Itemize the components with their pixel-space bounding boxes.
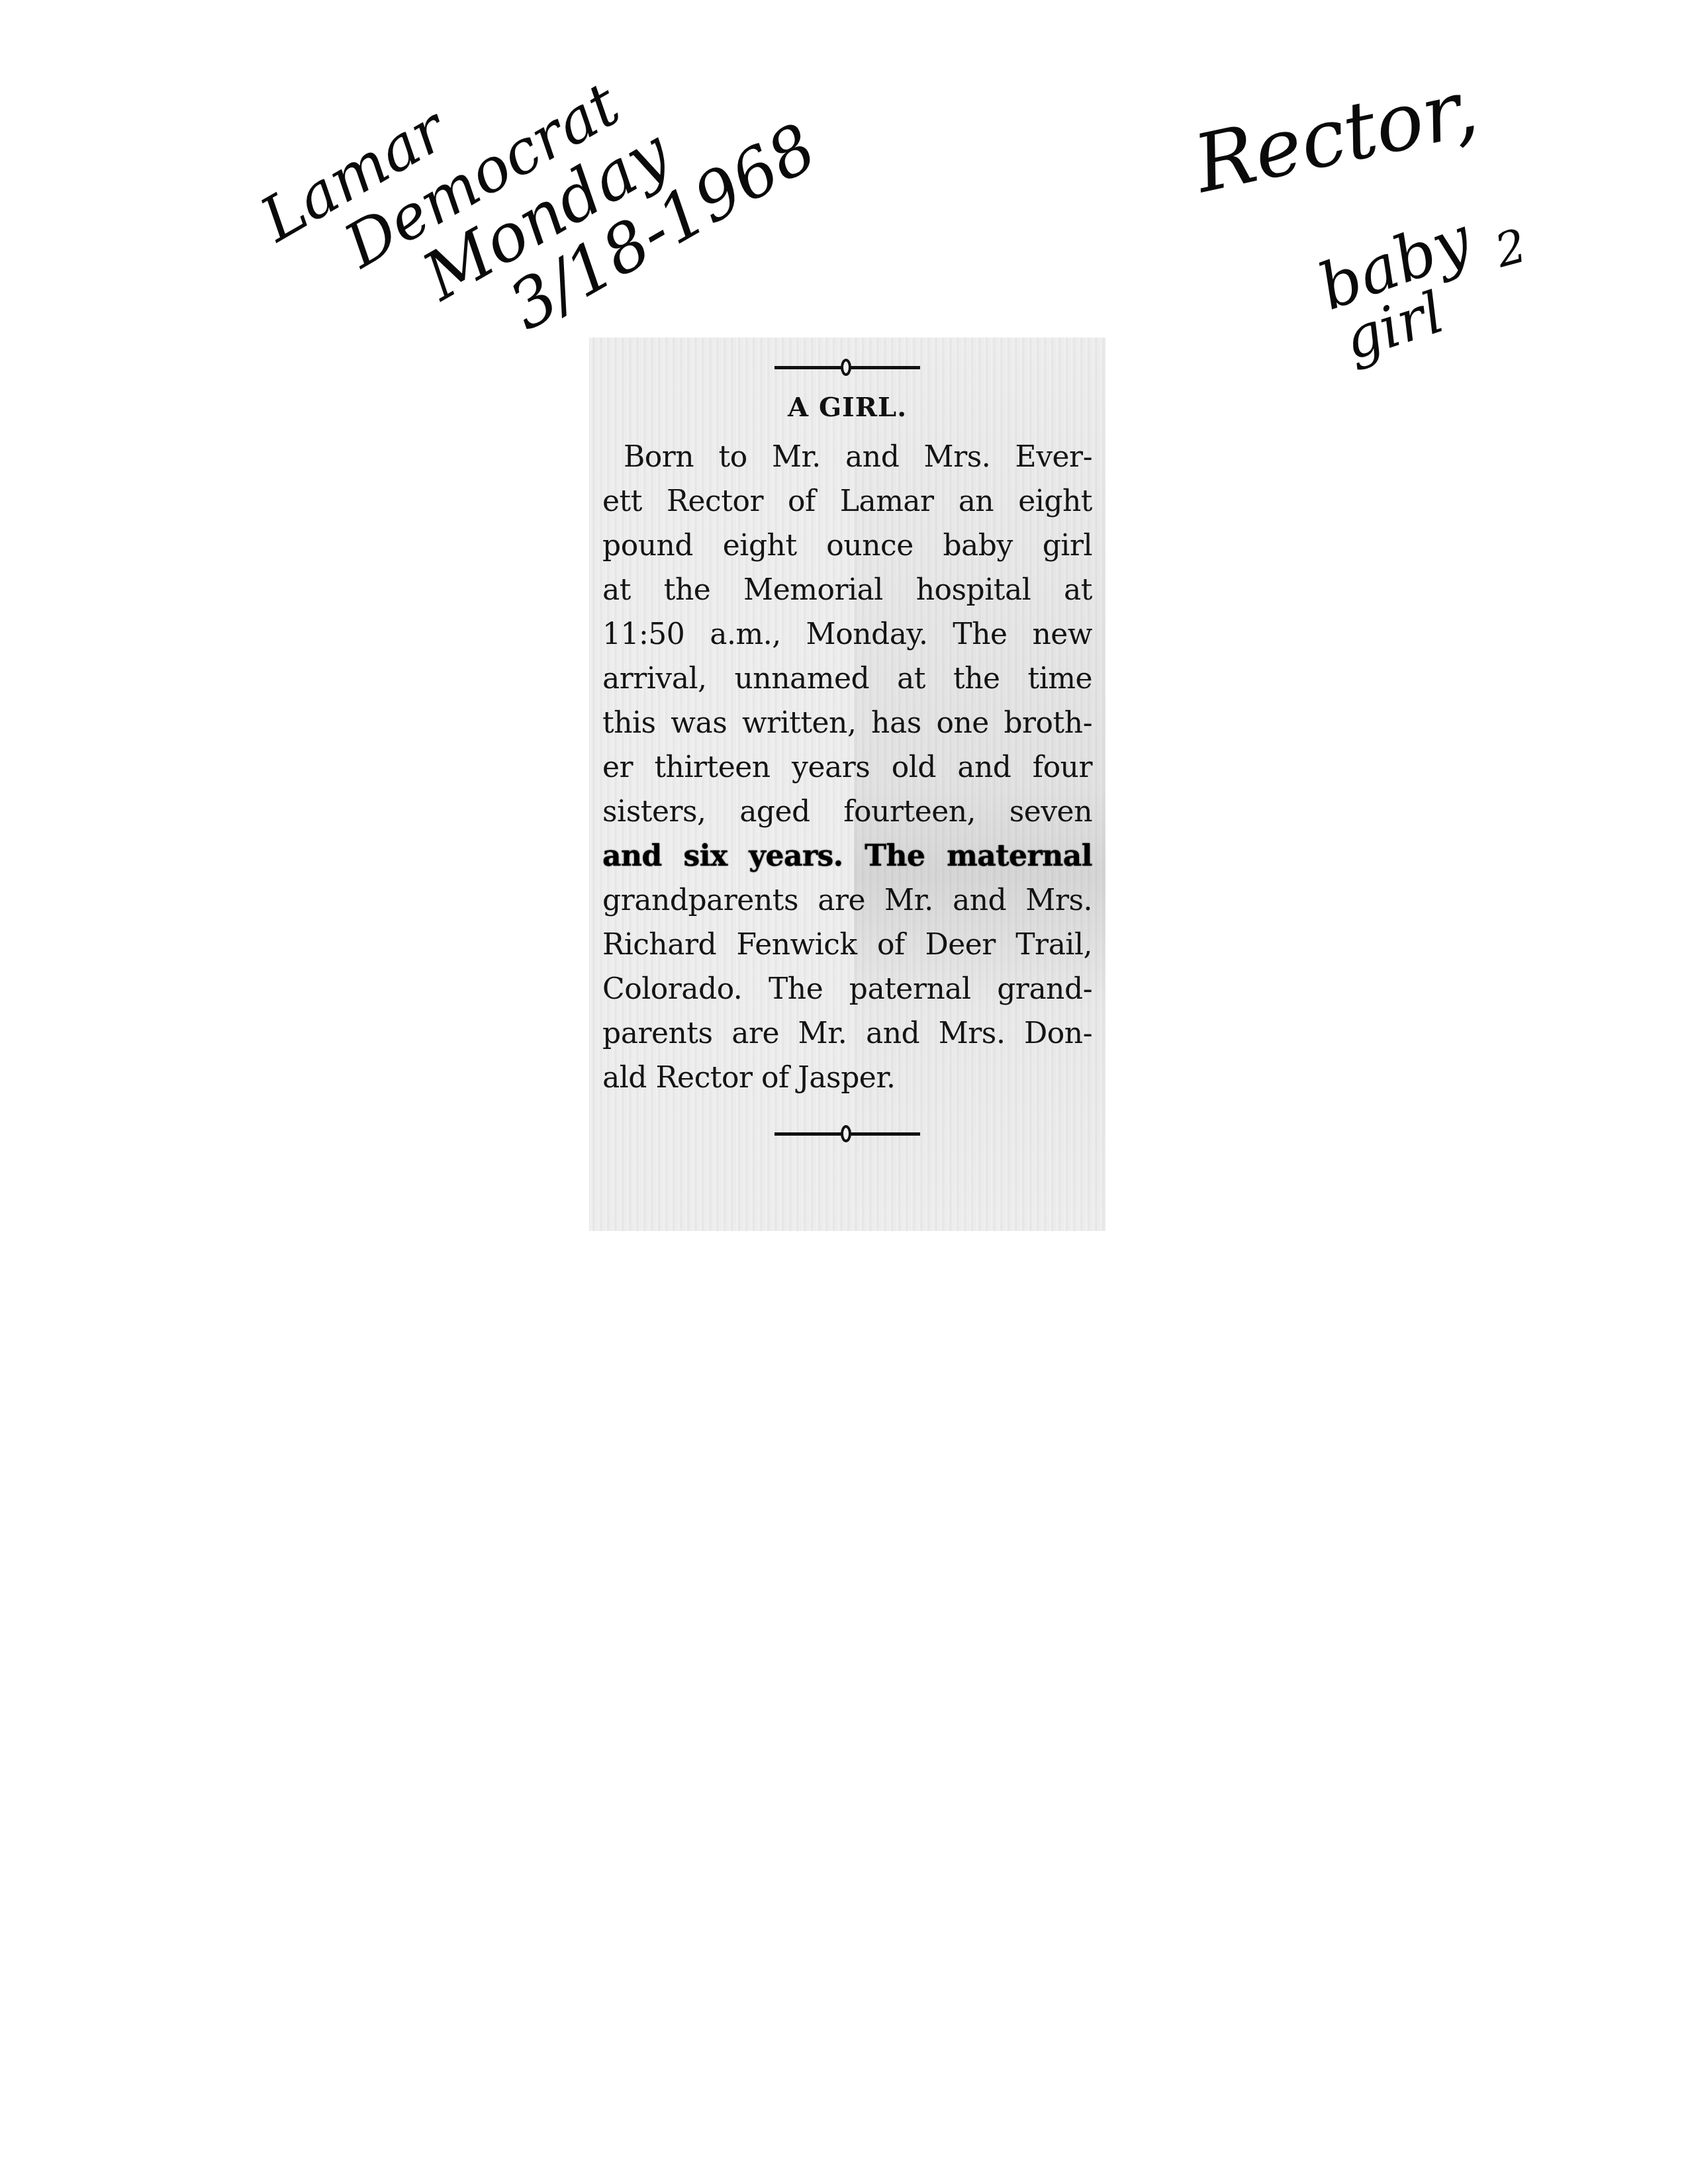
rule-oval-icon bbox=[841, 1125, 851, 1142]
body-line: Richard Fenwick of Deer Trail, bbox=[602, 923, 1092, 967]
clipping-headline: A GIRL. bbox=[602, 392, 1092, 423]
body-line: ald Rector of Jasper. bbox=[602, 1056, 1092, 1100]
body-line: Born to Mr. and Mrs. Ever- bbox=[602, 435, 1092, 479]
body-line: grandparents are Mr. and Mrs. bbox=[602, 878, 1092, 923]
body-line: this was written, has one broth- bbox=[602, 701, 1092, 745]
body-line: pound eight ounce baby girl bbox=[602, 523, 1092, 568]
handwritten-subject-note: Rector, baby girl 2 bbox=[1205, 126, 1490, 205]
scanned-page: Lamar Democrat Monday 3/18-1968 Rector, … bbox=[0, 0, 1688, 2184]
top-ornament-rule bbox=[774, 357, 920, 377]
body-line: er thirteen years old and four bbox=[602, 745, 1092, 790]
handwritten-marker: 2 bbox=[1491, 222, 1531, 274]
body-line: Colorado. The paternal grand- bbox=[602, 967, 1092, 1011]
bottom-ornament-rule bbox=[774, 1124, 920, 1144]
handwritten-surname: Rector, bbox=[1188, 68, 1484, 205]
body-line: arrival, unnamed at the time bbox=[602, 657, 1092, 701]
rule-oval-icon bbox=[841, 359, 851, 376]
body-line-smudged: and six years. The maternal bbox=[602, 834, 1092, 878]
body-line: parents are Mr. and Mrs. Don- bbox=[602, 1011, 1092, 1056]
newspaper-clipping: A GIRL. Born to Mr. and Mrs. Ever- ett R… bbox=[589, 338, 1105, 1231]
body-line: ett Rector of Lamar an eight bbox=[602, 479, 1092, 523]
body-line: 11:50 a.m., Monday. The new bbox=[602, 612, 1092, 657]
body-line: at the Memorial hospital at bbox=[602, 568, 1092, 612]
body-line: sisters, aged fourteen, seven bbox=[602, 790, 1092, 834]
clipping-body: Born to Mr. and Mrs. Ever- ett Rector of… bbox=[602, 435, 1092, 1100]
